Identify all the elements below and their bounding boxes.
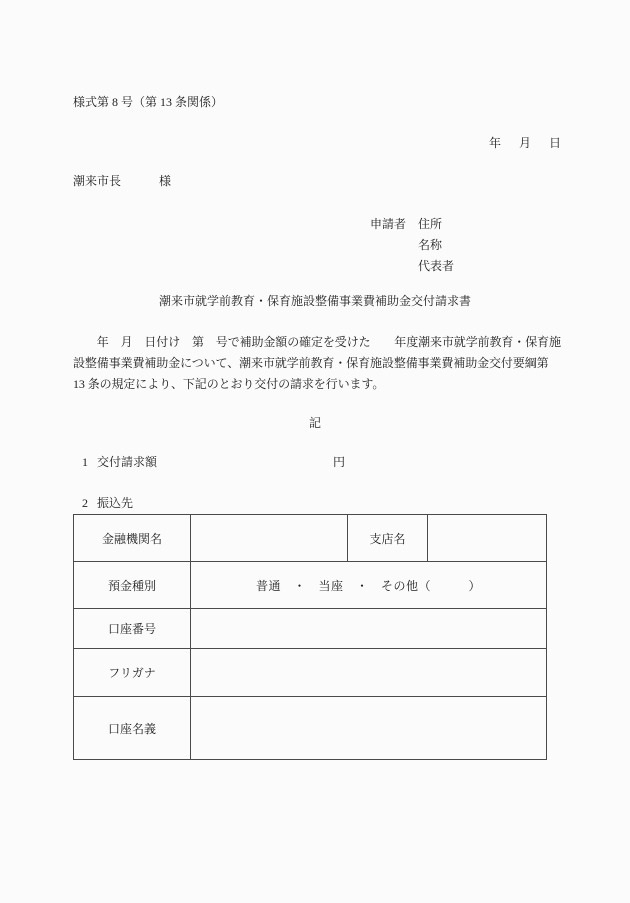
applicant-address-line: 申請者住所 [370, 214, 454, 235]
table-row-account-number: 口座番号 [74, 609, 547, 649]
account-holder-label: 口座名義 [74, 697, 191, 760]
deposit-type-label: 預金種別 [74, 562, 191, 609]
account-holder-field[interactable] [191, 697, 547, 760]
date-line: 年 月 日 [489, 136, 564, 151]
claim-amount-field[interactable] [183, 453, 323, 469]
addressee-line: 潮来市長様 [73, 174, 171, 189]
applicant-name-label: 名称 [418, 238, 442, 252]
body-line-2: 設整備事業費補助金について、潮来市就学前教育・保育施設整備事業費補助金交付要綱第 [73, 353, 561, 374]
applicant-label: 申請者 [370, 217, 406, 231]
body-line-3: 13 条の規定により、下記のとおり交付の請求を行います。 [73, 374, 561, 395]
branch-field[interactable] [428, 515, 547, 562]
furigana-label: フリガナ [74, 649, 191, 697]
applicant-representative-line: 代表者 [370, 256, 454, 277]
bank-transfer-table: 金融機関名 支店名 預金種別 普通 ・ 当座 ・ その他（ ） 口座番号 フリガ… [73, 514, 547, 760]
body-line-1: 年 月 日付け 第 号で補助金額の確定を受けた 年度潮来市就学前教育・保育施 [73, 332, 561, 353]
deposit-type-options[interactable]: 普通 ・ 当座 ・ その他（ ） [191, 562, 547, 609]
branch-label: 支店名 [348, 515, 428, 562]
account-number-field[interactable] [191, 609, 547, 649]
document-title: 潮来市就学前教育・保育施設整備事業費補助金交付請求書 [73, 294, 557, 309]
financial-institution-field[interactable] [191, 515, 348, 562]
table-row-deposit-type: 預金種別 普通 ・ 当座 ・ その他（ ） [74, 562, 547, 609]
item-claim-amount: 1交付請求額 円 [73, 455, 557, 470]
addressee-honorific: 様 [159, 174, 171, 188]
table-row-furigana: フリガナ [74, 649, 547, 697]
furigana-field[interactable] [191, 649, 547, 697]
item-transfer-destination: 2振込先 [73, 496, 557, 511]
account-number-label: 口座番号 [74, 609, 191, 649]
form-number: 様式第 8 号（第 13 条関係） [73, 95, 223, 110]
table-row-account-holder: 口座名義 [74, 697, 547, 760]
applicant-name-line: 名称 [370, 235, 454, 256]
document-page: 様式第 8 号（第 13 条関係） 年 月 日 潮来市長様 申請者住所 名称 代… [0, 0, 630, 903]
transfer-destination-label: 振込先 [97, 496, 133, 510]
item-number-2: 2 [82, 496, 88, 510]
claim-amount-label: 交付請求額 [97, 455, 157, 469]
currency-unit: 円 [333, 455, 345, 470]
item-number-1: 1 [82, 455, 88, 469]
applicant-representative-label: 代表者 [418, 259, 454, 273]
record-mark: 記 [73, 416, 557, 431]
financial-institution-label: 金融機関名 [74, 515, 191, 562]
table-row-financial-institution: 金融機関名 支店名 [74, 515, 547, 562]
body-paragraph: 年 月 日付け 第 号で補助金額の確定を受けた 年度潮来市就学前教育・保育施 設… [73, 332, 561, 395]
addressee-name: 潮来市長 [73, 174, 121, 188]
applicant-address-label: 住所 [418, 217, 442, 231]
applicant-block: 申請者住所 名称 代表者 [370, 214, 454, 277]
